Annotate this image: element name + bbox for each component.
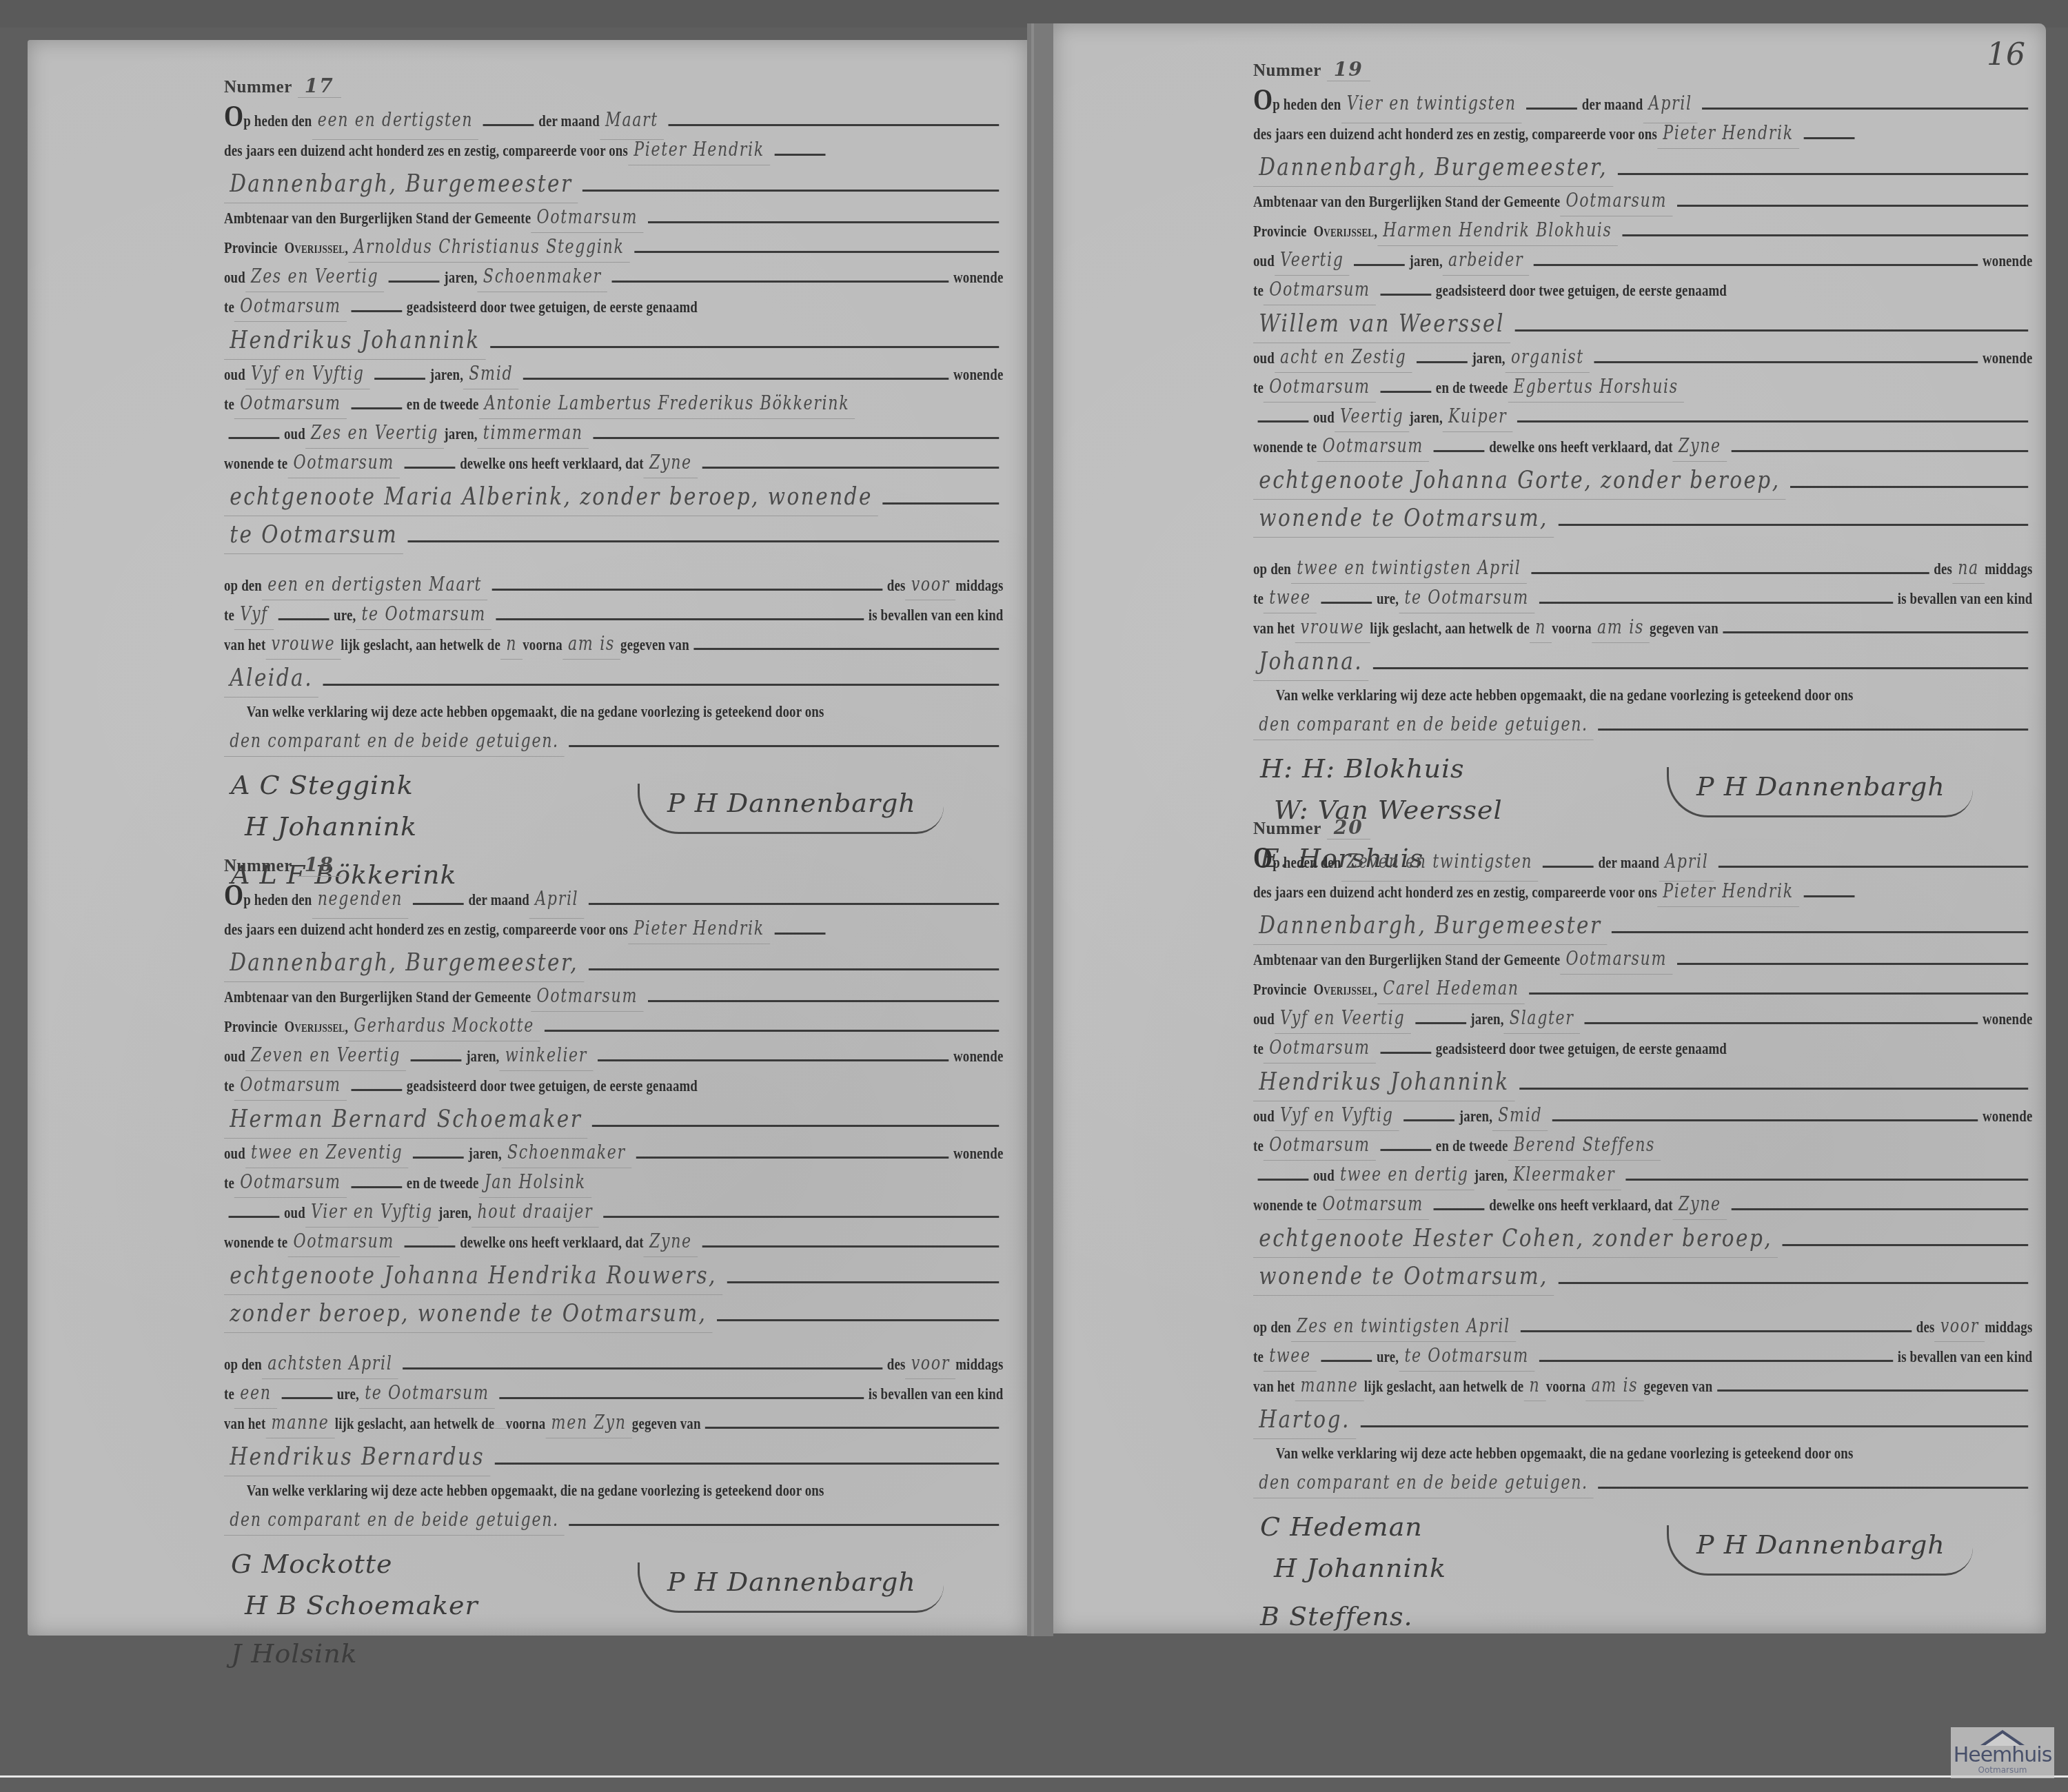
printed-text: lijk geslacht, aan hetwelk de xyxy=(1364,1372,1524,1401)
handwritten-field: Zyne xyxy=(644,1227,698,1257)
handwritten-field: Carel Hedeman xyxy=(1377,974,1525,1004)
handwritten-field: Vyf en Veertig xyxy=(1275,1004,1410,1034)
printed-text: p heden den xyxy=(1273,844,1341,882)
handwritten-field: Zes en Veertig xyxy=(305,418,445,449)
fill-line xyxy=(1717,1389,2028,1392)
closing-row: Van welke verklaring wij deze acte hebbe… xyxy=(224,1476,1026,1505)
fill-line xyxy=(702,467,999,469)
fill-line xyxy=(648,221,999,223)
printed-text: is bevallen van een kind xyxy=(869,1379,1004,1409)
gemeente-row: Ambtenaar van den Burgerlijken Stand der… xyxy=(224,981,1003,1011)
printed-text: te xyxy=(224,1071,234,1101)
printed-text: dewelke ons heeft verklaard, dat xyxy=(1489,432,1673,462)
handwritten-field: April xyxy=(1659,843,1714,882)
handwritten-field: Vier en twintigsten xyxy=(1341,85,1522,123)
mother-row-2: zonder beroep, wonende te Ootmarsum, xyxy=(224,1294,1003,1332)
printed-text: jaren, xyxy=(1470,1004,1503,1034)
fill-line xyxy=(351,310,402,312)
official-row: Dannenbargh, Burgemeester xyxy=(224,165,1003,203)
gemeente-row: Ambtenaar van den Burgerlijken Stand der… xyxy=(1253,186,2032,216)
fill-line xyxy=(496,618,864,620)
handwritten-field: den comparant en de beide getuigen. xyxy=(1253,710,1594,740)
witness2-row: teOotmarsum en de tweedeEgbertus Horshui… xyxy=(1253,372,2032,402)
printed-text: des jaars een duizend acht honderd zes e… xyxy=(1253,877,1657,907)
printed-text: wonende te xyxy=(224,449,287,478)
fill-line xyxy=(775,933,826,935)
handwritten-field: echtgenoote Hester Cohen, zonder beroep, xyxy=(1253,1219,1778,1258)
fill-line xyxy=(389,281,440,283)
handwritten-field: am is xyxy=(1592,613,1650,643)
fill-line xyxy=(1539,602,1894,604)
fill-line xyxy=(636,1157,949,1159)
printed-text: voorna xyxy=(1546,1372,1586,1401)
printed-text: des xyxy=(1916,1312,1935,1342)
handwritten-field: Vyf en Vyftig xyxy=(245,359,370,389)
printed-text: jaren, xyxy=(438,1198,472,1228)
year-row: des jaars een duizend acht honderd zes e… xyxy=(224,914,1003,944)
handwritten-field xyxy=(494,1428,505,1429)
handwritten-field: Ootmarsum xyxy=(1317,431,1429,462)
year-row: des jaars een duizend acht honderd zes e… xyxy=(1253,119,2032,148)
printed-text: geadsisteerd door twee getuigen, de eers… xyxy=(1436,276,1727,305)
witness2-residence-row: wonende teOotmarsum dewelke ons heeft ve… xyxy=(224,448,1003,478)
comparant-residence-row: teOotmarsum geadsisteerd door twee getui… xyxy=(224,292,1003,321)
gemeente-row: Ambtenaar van den Burgerlijken Stand der… xyxy=(1253,944,2032,974)
printed-text: Van welke verklaring wij deze acte hebbe… xyxy=(247,697,824,726)
fill-line xyxy=(403,1367,882,1370)
fill-line xyxy=(1380,1149,1431,1151)
printed-text: jaren, xyxy=(1472,343,1505,373)
birth-hour-row: tetwee ure,te Ootmarsum is bevallen van … xyxy=(1253,1341,2032,1371)
printed-text: oud xyxy=(224,360,245,389)
comparant-age-row: oudVyf en Veertig jaren,Slagter wonende xyxy=(1253,1004,2032,1033)
printed-text: te xyxy=(224,389,234,419)
fill-line xyxy=(1380,1052,1431,1054)
act-number: Nummer18 xyxy=(224,853,1003,876)
witness2-row: teOotmarsum en de tweedeJan Holsink xyxy=(224,1168,1003,1197)
handwritten-field: 17 xyxy=(298,74,341,98)
fill-line xyxy=(492,589,882,591)
handwritten-field: Zeven en twintigsten xyxy=(1341,843,1539,882)
witness2-row: teOotmarsum en de tweedeAntonie Lambertu… xyxy=(224,389,1003,418)
handwritten-field: negenden xyxy=(312,880,409,919)
handwritten-field: Veertig xyxy=(1275,245,1350,276)
fill-line xyxy=(669,124,999,126)
handwritten-field: manne xyxy=(265,1408,334,1438)
printed-text: middags xyxy=(1985,554,2032,584)
printed-text: Overijssel, xyxy=(284,1012,348,1041)
printed-text: te xyxy=(1253,276,1264,305)
mother-row: echtgenoote Maria Alberink, zonder beroe… xyxy=(224,478,1003,516)
fill-line xyxy=(634,251,999,253)
fill-line xyxy=(323,684,999,686)
comparant-residence-row: teOotmarsum geadsisteerd door twee getui… xyxy=(1253,275,2032,305)
fill-line xyxy=(1520,1330,1912,1332)
signature-witness-1: H B Schoemaker xyxy=(245,1590,478,1620)
fill-line xyxy=(1559,524,2028,526)
official-row: Dannenbargh, Burgemeester xyxy=(1253,906,2032,944)
printed-text: te xyxy=(224,1379,234,1409)
printed-text: middags xyxy=(955,571,1003,600)
child-name-row: Johanna. xyxy=(1253,642,2032,680)
handwritten-field: Ootmarsum xyxy=(1264,1130,1376,1161)
child-name-row: Hendrikus Bernardus xyxy=(224,1438,1003,1476)
handwritten-field: Herman Bernard Schoemaker xyxy=(224,1100,588,1139)
signatures: G Mockotte H B Schoemaker J Holsink P H … xyxy=(224,1549,1003,1721)
printed-text: oud xyxy=(1313,403,1335,432)
fill-line xyxy=(495,1463,999,1465)
handwritten-field: den comparant en de beide getuigen. xyxy=(224,726,565,757)
handwritten-field: een xyxy=(234,1378,277,1409)
fill-line xyxy=(1519,1088,2027,1090)
printed-text: en de tweede xyxy=(407,389,479,419)
fill-line xyxy=(611,281,949,283)
birth-hour-row: teVyf ure,te Ootmarsum is bevallen van e… xyxy=(224,600,1003,629)
fill-line xyxy=(1526,108,1577,110)
fill-line xyxy=(1723,631,2027,633)
printed-text: te xyxy=(1253,1131,1264,1161)
fill-line xyxy=(413,1157,464,1159)
printed-text: oud xyxy=(1313,1161,1335,1190)
printed-text: jaren, xyxy=(468,1139,501,1168)
handwritten-field: Dannenbargh, Burgemeester xyxy=(1253,906,1608,945)
printed-text: te xyxy=(224,1168,234,1198)
handwritten-field: den comparant en de beide getuigen. xyxy=(224,1505,565,1536)
printed-text: p heden den xyxy=(1273,85,1341,123)
handwritten-field: den comparant en de beide getuigen. xyxy=(1253,1468,1594,1498)
handwritten-field: twee xyxy=(1264,583,1317,613)
handwritten-field: am is xyxy=(562,629,620,660)
birth-date-row: op deneen en dertigsten Maart desvoormid… xyxy=(224,570,1003,600)
handwritten-field: Vyf xyxy=(234,600,274,630)
year-row: des jaars een duizend acht honderd zes e… xyxy=(1253,877,2032,906)
handwritten-field: Maart xyxy=(600,101,664,140)
fill-line xyxy=(1258,420,1309,422)
printed-text: geadsisteerd door twee getuigen, de eers… xyxy=(407,1071,698,1101)
fill-line xyxy=(351,407,402,409)
printed-text: voorna xyxy=(506,1409,546,1438)
printed-text: wonende xyxy=(1983,343,2032,373)
handwritten-field: te Ootmarsum xyxy=(1399,1341,1534,1372)
fill-line xyxy=(1517,420,2028,422)
handwritten-field: 19 xyxy=(1327,58,1370,81)
printed-text: en de tweede xyxy=(1436,373,1508,403)
printed-text: ure, xyxy=(1377,584,1399,613)
printed-text: oud xyxy=(224,263,245,292)
official-row: Dannenbargh, Burgemeester, xyxy=(224,944,1003,981)
handwritten-field: Ootmarsum xyxy=(234,1070,347,1101)
fill-line xyxy=(883,502,999,505)
handwritten-field: te Ootmarsum xyxy=(356,600,491,630)
fill-line xyxy=(1515,329,2028,332)
handwritten-field: achtsten April xyxy=(262,1349,398,1379)
handwritten-field: Zyne xyxy=(644,448,698,478)
handwritten-field: Ootmarsum xyxy=(1264,372,1376,403)
closing-row-2: den comparant en de beide getuigen. xyxy=(224,1505,1003,1535)
printed-text: lijk geslacht, aan hetwelk de xyxy=(1370,613,1530,643)
fill-line xyxy=(405,467,456,469)
year-row: des jaars een duizend acht honderd zes e… xyxy=(224,135,1003,165)
printed-text: jaren, xyxy=(444,263,477,292)
handwritten-field: 20 xyxy=(1327,816,1370,839)
fill-line xyxy=(1361,1425,2028,1427)
printed-text: te xyxy=(1253,1342,1264,1372)
printed-text: van het xyxy=(1253,1372,1295,1401)
fill-line xyxy=(1373,667,2028,669)
printed-text: jaren, xyxy=(444,419,477,449)
sex-row: van hetmanne lijk geslacht, aan hetwelk … xyxy=(1253,1371,2032,1401)
printed-text: Provincie xyxy=(1253,975,1307,1004)
comparant-row: ProvincieOverijssel, Carel Hedeman xyxy=(1253,974,2032,1004)
printed-text: wonende xyxy=(953,263,1003,292)
printed-text: middags xyxy=(1985,1312,2032,1342)
signature-official: P H Dannenbargh xyxy=(638,784,944,834)
handwritten-field: Vyf en Vyftig xyxy=(1275,1101,1399,1131)
fill-line xyxy=(1677,963,2028,965)
signature-official: P H Dannenbargh xyxy=(1667,767,1973,817)
handwritten-field: Vier en Vyftig xyxy=(305,1197,438,1228)
printed-text: wonende xyxy=(1983,246,2032,276)
handwritten-field: Antonie Lambertus Frederikus Bökkerink xyxy=(478,389,855,419)
fill-line xyxy=(490,346,998,348)
printed-text: des jaars een duizend acht honderd zes e… xyxy=(224,136,628,165)
handwritten-field: n xyxy=(500,629,523,660)
fill-line xyxy=(1539,1360,1894,1362)
handwritten-field: na xyxy=(1952,553,1985,584)
fill-line xyxy=(1434,450,1485,452)
printed-text: Overijssel, xyxy=(284,233,348,263)
fill-line xyxy=(775,154,826,156)
printed-text: der maand xyxy=(1582,85,1643,123)
printed-text: p heden den xyxy=(243,102,312,140)
right-page: 16 Nummer19 Op heden den Vier en twintig… xyxy=(1053,23,2046,1633)
printed-text: oud xyxy=(284,419,305,449)
printed-text: oud xyxy=(1253,246,1275,276)
fill-line xyxy=(1415,1022,1466,1024)
handwritten-field: hout draaijer xyxy=(472,1197,598,1228)
printed-text: geadsisteerd door twee getuigen, de eers… xyxy=(1436,1034,1727,1063)
handwritten-field: voor xyxy=(905,1349,955,1379)
closing-row: Van welke verklaring wij deze acte hebbe… xyxy=(224,697,1026,726)
fill-line xyxy=(1625,1179,2028,1181)
printed-text: des jaars een duizend acht honderd zes e… xyxy=(1253,119,1657,149)
witness1-row: Hendrikus Johannink xyxy=(1253,1063,2032,1101)
fill-line xyxy=(1258,1179,1309,1181)
witness1-age-row: oudVyf en Vyftig jaren,Smid wonende xyxy=(1253,1101,2032,1130)
witness1-age-row: oudVyf en Vyftig jaren,Smid wonende xyxy=(224,359,1003,389)
printed-text: op den xyxy=(1253,1312,1291,1342)
sex-row: van hetvrouwe lijk geslacht, aan hetwelk… xyxy=(224,629,1003,659)
birth-act: Nummer20 Op heden den Zeven en twintigst… xyxy=(1253,816,2032,1684)
date-row: Op heden den Vier en twintigsten der maa… xyxy=(1253,81,2032,119)
printed-text: Provincie xyxy=(1253,216,1307,246)
fill-line xyxy=(1719,866,2028,868)
closing-row-2: den comparant en de beide getuigen. xyxy=(224,726,1003,756)
comparant-age-row: oudVeertig jaren,arbeider wonende xyxy=(1253,245,2032,275)
handwritten-field: manne xyxy=(1295,1371,1364,1401)
fill-line xyxy=(1354,264,1405,266)
fill-line xyxy=(278,618,330,620)
mother-row: echtgenoote Johanna Hendrika Rouwers, xyxy=(224,1256,1003,1294)
handwritten-field: Slagter xyxy=(1504,1004,1580,1034)
printed-text: Ambtenaar van den Burgerlijken Stand der… xyxy=(1253,187,1560,216)
watermark-name: Heemhuis xyxy=(1951,1745,2054,1766)
witness1-age-row: oudtwee en Zeventig jaren,Schoenmaker wo… xyxy=(224,1138,1003,1168)
signature-comparant: H: H: Blokhuis xyxy=(1260,753,1465,784)
handwritten-field: 18 xyxy=(298,853,341,877)
witness2-residence-row: wonende teOotmarsum dewelke ons heeft ve… xyxy=(1253,1190,2032,1219)
printed-text: is bevallen van een kind xyxy=(1898,584,2033,613)
fill-line xyxy=(589,903,999,905)
handwritten-field: n xyxy=(1523,1371,1545,1401)
handwritten-field: zonder beroep, wonende te Ootmarsum, xyxy=(224,1294,713,1333)
handwritten-field: Dannenbargh, Burgemeester, xyxy=(224,944,584,982)
handwritten-field: twee en Zeventig xyxy=(245,1138,409,1168)
child-name-row: Aleida. xyxy=(224,659,1003,697)
handwritten-field: n xyxy=(1530,613,1552,643)
printed-text: jaren, xyxy=(1410,246,1443,276)
fill-line xyxy=(1529,992,2027,995)
fill-line xyxy=(1618,173,2028,175)
fill-line xyxy=(1403,1119,1454,1121)
closing-row-2: den comparant en de beide getuigen. xyxy=(1253,710,2032,740)
handwritten-field: Ootmarsum xyxy=(234,292,347,322)
handwritten-field: Berend Steffens xyxy=(1508,1130,1661,1161)
printed-text: ure, xyxy=(1377,1342,1399,1372)
handwritten-field: Ootmarsum xyxy=(1560,944,1672,975)
fill-line xyxy=(1804,895,1855,897)
birth-hour-row: tetwee ure,te Ootmarsum is bevallen van … xyxy=(1253,583,2032,613)
printed-text: der maand xyxy=(468,881,529,919)
signature-official: P H Dannenbargh xyxy=(1667,1525,1973,1576)
handwritten-field: Smid xyxy=(463,359,518,389)
printed-text: des xyxy=(1934,554,1952,584)
handwritten-field: Zes en twintigsten April xyxy=(1291,1312,1516,1342)
printed-text: oud xyxy=(1253,1101,1275,1131)
printed-text: oud xyxy=(1253,343,1275,373)
fill-line xyxy=(1534,264,1978,266)
printed-text: oud xyxy=(224,1041,245,1071)
child-name-row: Hartog. xyxy=(1253,1401,2032,1438)
fill-line xyxy=(499,1397,864,1399)
handwritten-field: Hartog. xyxy=(1253,1401,1356,1439)
handwritten-field: Schoenmaker xyxy=(478,262,607,292)
printed-text: p heden den xyxy=(243,881,312,919)
printed-text: op den xyxy=(224,571,262,600)
handwritten-field: Arnoldus Christianus Steggink xyxy=(348,232,630,263)
handwritten-field: echtgenoote Maria Alberink, zonder beroe… xyxy=(224,478,878,516)
fill-line xyxy=(592,1125,999,1127)
printed-text: en de tweede xyxy=(1436,1131,1508,1161)
handwritten-field: Ootmarsum xyxy=(234,389,347,419)
handwritten-field: Hendrikus Johannink xyxy=(224,321,486,360)
printed-text: te xyxy=(224,600,234,630)
handwritten-field: April xyxy=(529,880,585,919)
witness2-row: teOotmarsum en de tweedeBerend Steffens xyxy=(1253,1130,2032,1160)
fill-line xyxy=(582,190,999,192)
fill-line xyxy=(1559,1282,2028,1284)
handwritten-field: vrouwe xyxy=(265,629,341,660)
printed-text: des xyxy=(887,1350,906,1379)
printed-text: Provincie xyxy=(224,233,278,263)
fill-line xyxy=(281,1397,332,1399)
birth-hour-row: teeen ure,te Ootmarsum is bevallen van e… xyxy=(224,1378,1003,1408)
handwritten-field: Kuiper xyxy=(1443,402,1513,432)
handwritten-field: twee en dertig xyxy=(1335,1160,1474,1190)
printed-text: ure, xyxy=(334,600,356,630)
closing-row: Van welke verklaring wij deze acte hebbe… xyxy=(1253,680,2055,710)
handwritten-field: Willem van Weerssel xyxy=(1253,305,1510,343)
signatures: C Hedeman H Johannink B Steffens. P H Da… xyxy=(1253,1511,2032,1684)
fill-line xyxy=(1804,137,1855,139)
handwritten-field: Hendrikus Bernardus xyxy=(224,1438,490,1476)
printed-text: te xyxy=(224,292,234,322)
fill-line xyxy=(545,1030,999,1032)
date-row: Op heden den Zeven en twintigsten der ma… xyxy=(1253,839,2032,877)
fill-line xyxy=(569,1524,998,1526)
fill-line xyxy=(1380,294,1431,296)
fill-line xyxy=(1612,931,2028,933)
official-row: Dannenbargh, Burgemeester, xyxy=(1253,148,2032,186)
handwritten-field: Zeven en Veertig xyxy=(245,1041,406,1071)
printed-text: Van welke verklaring wij deze acte hebbe… xyxy=(1276,680,1854,710)
fill-line xyxy=(1677,205,2028,207)
printed-text: gegeven van xyxy=(632,1409,701,1438)
printed-text: O xyxy=(224,97,243,135)
fill-line xyxy=(1321,602,1372,604)
fill-line xyxy=(413,903,464,905)
signature-comparant: G Mockotte xyxy=(231,1549,392,1579)
fill-line xyxy=(1417,361,1468,363)
handwritten-field: te Ootmarsum xyxy=(1399,583,1534,613)
fill-line xyxy=(411,1059,462,1061)
signature-official: P H Dannenbargh xyxy=(638,1562,944,1613)
handwritten-field: Gerhardus Mockotte xyxy=(348,1011,540,1041)
witness2-age-row: oudVeertig jaren,Kuiper xyxy=(1253,402,2032,431)
left-page: Nummer17 Op heden den een en dertigsten … xyxy=(28,40,1027,1636)
printed-text: oud xyxy=(224,1139,245,1168)
mother-row: echtgenoote Johanna Gorte, zonder beroep… xyxy=(1253,461,2032,499)
witness2-age-row: oudtwee en dertig jaren,Kleermaker xyxy=(1253,1160,2032,1190)
heemhuis-watermark: Heemhuis Ootmarsum xyxy=(1951,1727,2054,1778)
fill-line xyxy=(374,378,425,380)
printed-text: voorna xyxy=(523,630,562,660)
handwritten-field: voor xyxy=(1934,1312,1985,1342)
handwritten-field: Egbertus Horshuis xyxy=(1508,372,1684,403)
handwritten-field: Kleermaker xyxy=(1508,1160,1621,1190)
handwritten-field: acht en Zestig xyxy=(1275,343,1412,373)
fill-line xyxy=(405,1245,456,1248)
printed-text: wonende te xyxy=(1253,432,1317,462)
handwritten-field: organist xyxy=(1506,343,1590,373)
printed-text: is bevallen van een kind xyxy=(869,600,1004,630)
printed-text: jaren, xyxy=(466,1041,499,1071)
fill-line xyxy=(693,648,998,650)
house-roof-icon xyxy=(1980,1730,2025,1745)
fill-line xyxy=(351,1186,402,1188)
handwritten-field: Dannenbargh, Burgemeester, xyxy=(1253,148,1613,187)
fill-line xyxy=(1790,486,2028,488)
fill-line xyxy=(727,1281,999,1283)
printed-text: gegeven van xyxy=(1650,613,1719,643)
printed-text: dewelke ons heeft verklaard, dat xyxy=(460,449,644,478)
handwritten-field: Ootmarsum xyxy=(287,1227,400,1257)
printed-text: te xyxy=(1253,584,1264,613)
handwritten-field: Ootmarsum xyxy=(1264,275,1376,305)
birth-act: Nummer18 Op heden den negenden der maand… xyxy=(224,853,1003,1721)
handwritten-field: te Ootmarsum xyxy=(224,516,403,554)
handwritten-field: Pieter Hendrik xyxy=(628,135,770,165)
